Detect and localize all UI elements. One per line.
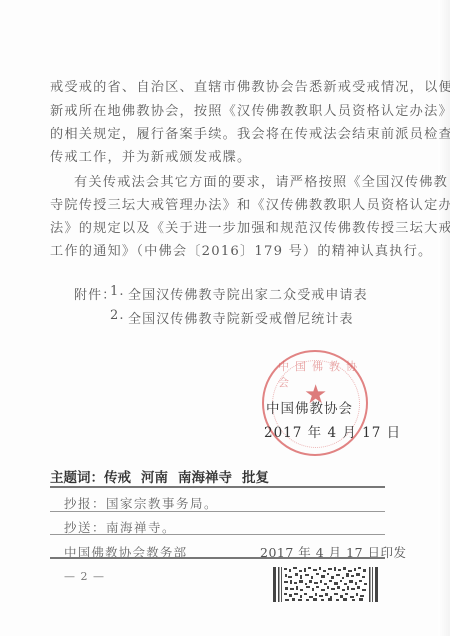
keyword: 南海禅寺 bbox=[178, 470, 232, 486]
signature-organization: 中国佛教协会 bbox=[266, 397, 353, 417]
body-line: 有关传戒法会其它方面的要求，请严格按照《全国汉传佛教 bbox=[74, 175, 384, 191]
divider bbox=[50, 511, 385, 512]
document-page: 戒受戒的省、自治区、直辖市佛教协会告悉新戒受戒情况，以便 新戒所在地佛教协会，按… bbox=[0, 0, 450, 636]
keyword: 批复 bbox=[242, 470, 269, 486]
subject-label: 主题词： bbox=[50, 470, 104, 486]
body-line: 戒受戒的省、自治区、直辖市佛教协会告悉新戒受戒情况，以便 bbox=[50, 80, 385, 96]
divider bbox=[50, 557, 385, 559]
attachment-title: 全国汉传佛教寺院新受戒僧尼统计表 bbox=[128, 308, 354, 327]
attachment-number: 2. bbox=[110, 308, 125, 323]
keyword: 河南 bbox=[141, 470, 168, 486]
body-line: 新戒所在地佛教协会，按照《汉传佛教教职人员资格认定办法》 bbox=[50, 104, 385, 120]
body-line: 传戒工作，并为新戒颁发戒牒。 bbox=[50, 150, 385, 166]
page-number: — 2 — bbox=[64, 570, 105, 583]
page-edge-shadow bbox=[438, 0, 450, 636]
body-line: 的相关规定，履行备案手续。我会将在传戒法会结束前派员检查 bbox=[50, 127, 385, 143]
divider bbox=[50, 486, 385, 488]
cc-report: 抄报：国家宗教事务局。 bbox=[64, 494, 218, 512]
body-line: 寺院传授三坛大戒管理办法》和《汉传佛教教职人员资格认定办 bbox=[50, 198, 385, 214]
keyword: 传戒 bbox=[104, 470, 131, 486]
signature-date: 2017 年 4 月 17 日 bbox=[264, 421, 401, 441]
attachment-number: 1. bbox=[110, 284, 125, 299]
divider bbox=[50, 534, 385, 535]
body-line: 法》的规定以及《关于进一步加强和规范汉传佛教传授三坛大戒 bbox=[50, 221, 385, 237]
barcode-icon bbox=[273, 567, 378, 602]
body-line: 工作的通知》（中佛会〔2016〕179 号）的精神认真执行。 bbox=[50, 244, 385, 260]
attachment-title: 全国汉传佛教寺院出家二众受戒申请表 bbox=[128, 284, 368, 303]
subject-keywords: 主题词：传戒河南南海禅寺批复 bbox=[50, 466, 279, 486]
